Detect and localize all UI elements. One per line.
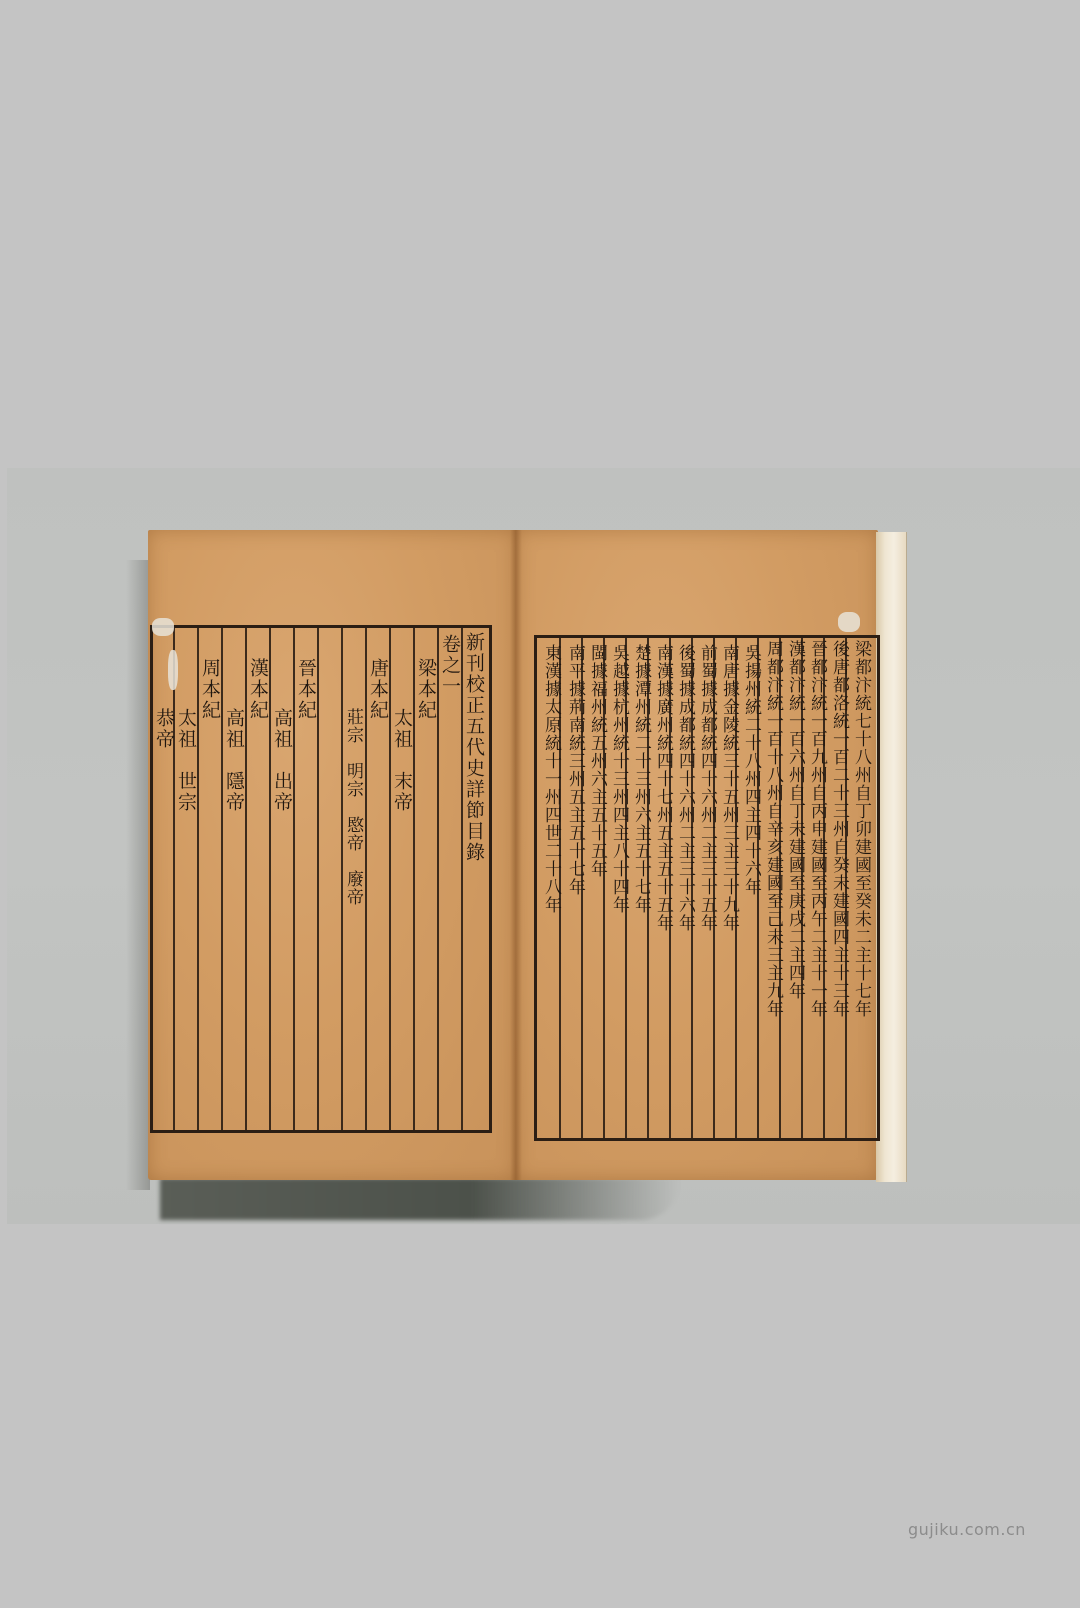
toc-entry: 漢本紀 xyxy=(247,658,269,721)
paper-damage xyxy=(838,612,860,632)
toc-entry: 梁本紀 xyxy=(415,658,437,721)
toc-entry: 太祖 世宗 xyxy=(175,708,197,1128)
book-shadow xyxy=(126,560,150,1190)
dynasty-row: 前蜀據成都統四十六州二主三十五年 xyxy=(697,644,717,932)
paper-damage xyxy=(152,618,174,636)
paper-damage xyxy=(168,650,178,690)
toc-entry: 周本紀 xyxy=(199,658,221,721)
toc-entry: 恭帝 xyxy=(153,708,175,750)
dynasty-row: 楚據潭州統二十三州六主五十七年 xyxy=(631,644,651,914)
watermark: gujiku.com.cn xyxy=(908,1520,1026,1539)
dynasty-row: 吳越據杭州統十三州四主八十四年 xyxy=(609,644,629,914)
book-shadow xyxy=(160,1178,680,1220)
book-title-column: 新刊校正五代史詳節目錄 xyxy=(463,632,485,863)
dynasty-row: 晉都汴統一百九州自丙申建國至丙午二主十一年 xyxy=(807,640,827,1018)
dynasty-row: 南唐據金陵統三十五州三主三十九年 xyxy=(719,644,739,932)
dynasty-row: 閩據福州統五州六主五十五年 xyxy=(587,644,607,878)
page-edges xyxy=(876,532,907,1182)
dynasty-row: 梁都汴統七十八州自丁卯建國至癸未二主十七年 xyxy=(851,640,871,1018)
book-gutter xyxy=(510,530,522,1180)
dynasty-row: 後唐都洛統一百二十三州自癸未建國四主十三年 xyxy=(829,640,849,1018)
right-page-frame: 梁都汴統七十八州自丁卯建國至癸未二主十七年 後唐都洛統一百二十三州自癸未建國四主… xyxy=(534,635,880,1141)
dynasty-row: 漢都汴統一百六州自丁未建國至庚戌二主四年 xyxy=(785,640,805,1000)
dynasty-row: 南平據荊南統三州五主五十七年 xyxy=(565,644,585,896)
volume-label: 卷之一 xyxy=(439,634,461,697)
toc-entry: 太祖 末帝 xyxy=(391,708,413,1128)
dynasty-row: 東漢據太原統十一州四世二十八年 xyxy=(541,644,561,914)
dynasty-row: 周都汴統一百十八州自辛亥建國至己未三主九年 xyxy=(763,640,783,1018)
toc-entry: 高祖 出帝 xyxy=(271,708,293,1128)
dynasty-row: 吳揚州統二十八州四主四十六年 xyxy=(741,644,761,896)
toc-entry: 高祖 隱帝 xyxy=(223,708,245,1128)
left-page-frame: 新刊校正五代史詳節目錄 卷之一 梁本紀 太祖 末帝 唐本紀 莊宗 明宗 愍帝 廢… xyxy=(150,625,492,1133)
dynasty-row: 後蜀據成都統四十六州二主三十六年 xyxy=(675,644,695,932)
toc-entry: 莊宗 明宗 愍帝 廢帝 xyxy=(343,708,363,1128)
toc-entry: 唐本紀 xyxy=(367,658,389,721)
dynasty-row: 南漢據廣州統四十七州五主五十五年 xyxy=(653,644,673,932)
toc-entry: 晉本紀 xyxy=(295,658,317,721)
